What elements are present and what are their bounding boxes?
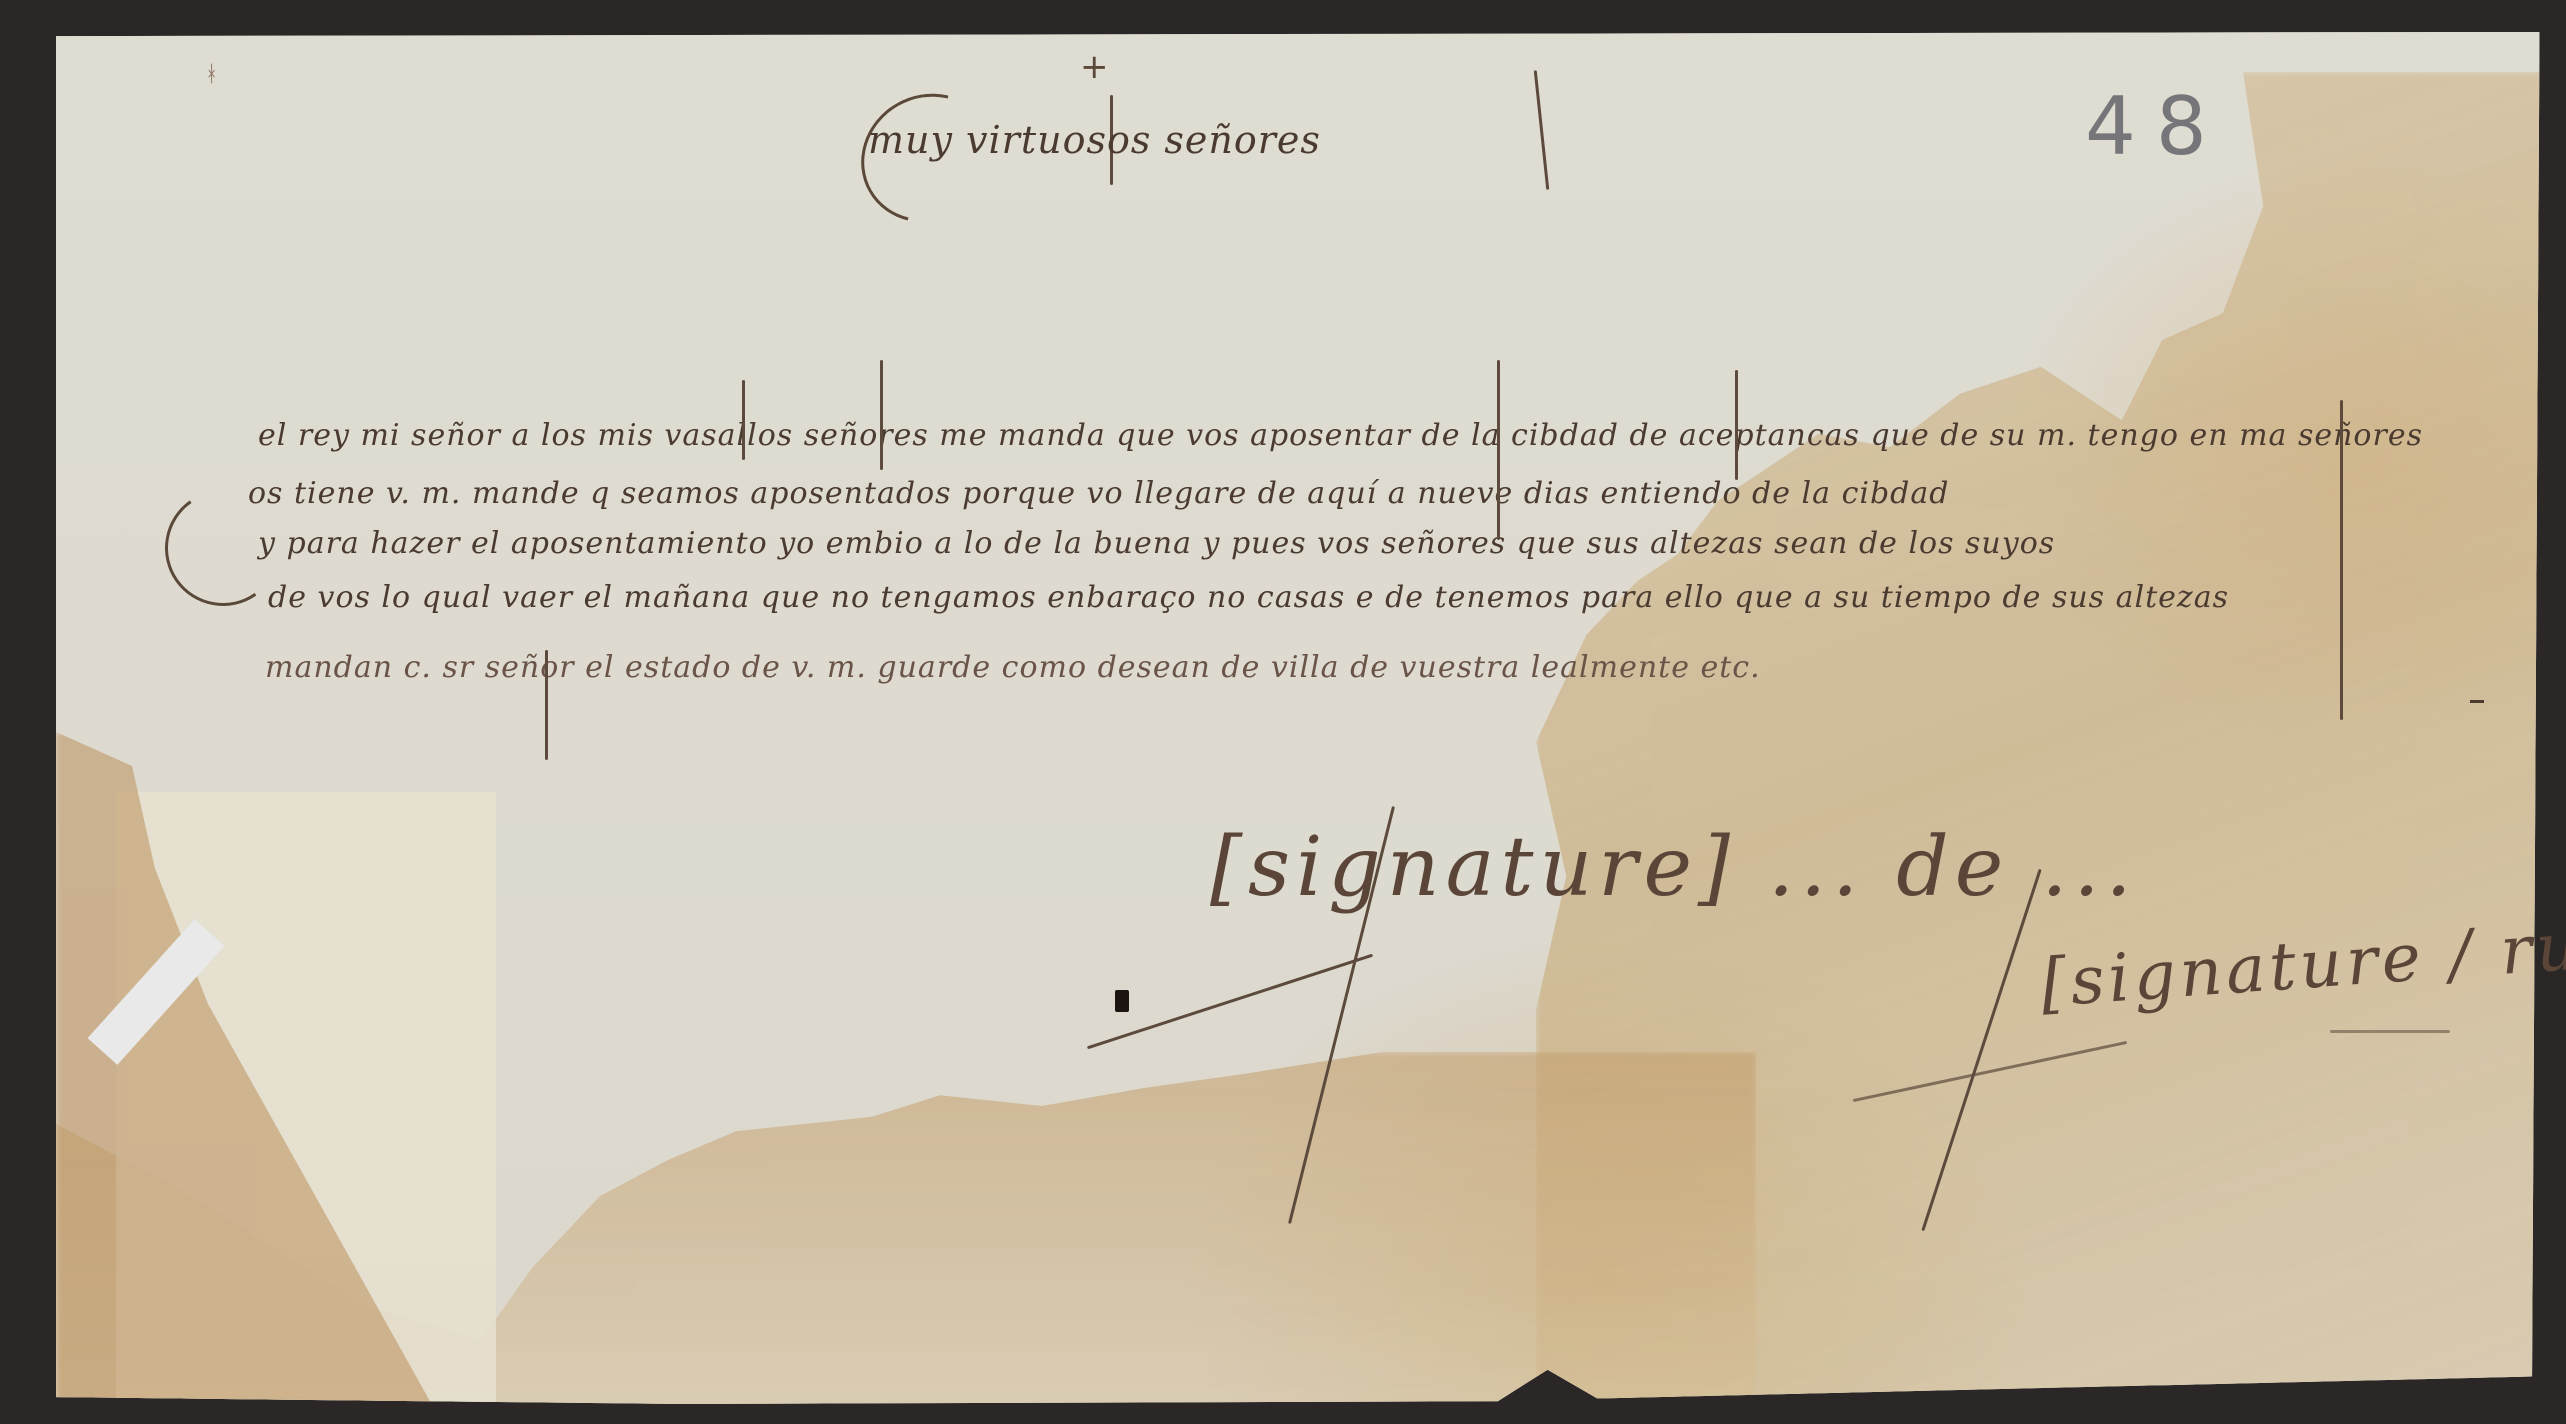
- signature-stroke: [2330, 1030, 2450, 1033]
- ink-blot: [1115, 990, 1129, 1012]
- corner-mark: ᚼ: [205, 62, 218, 87]
- body-line-2: os tiene v. m. mande q seamos aposentado…: [248, 476, 1949, 511]
- margin-dash: [2470, 700, 2484, 703]
- ascender: [1735, 370, 1738, 480]
- ascender: [742, 380, 745, 460]
- ascender: [880, 360, 883, 470]
- ascender: [2340, 400, 2343, 720]
- salutation: muy virtuosos señores: [868, 118, 1321, 162]
- body-line-4: de vos lo qual vaer el mañana que no ten…: [268, 580, 2229, 615]
- body-line-3: y para hazer el aposentamiento yo embio …: [258, 526, 2055, 561]
- body-line-5: mandan c. sr señor el estado de v. m. gu…: [265, 650, 1761, 685]
- ascender: [545, 650, 548, 760]
- folio-number: 48: [2085, 80, 2227, 173]
- cross-icon: +: [1080, 52, 1140, 82]
- body-line-1: el rey mi señor a los mis vasallos señor…: [258, 418, 2423, 453]
- manuscript-page: [56, 32, 2542, 1404]
- signature-1: [signature] ... de ...: [1210, 820, 2138, 915]
- ascender: [1497, 360, 1500, 540]
